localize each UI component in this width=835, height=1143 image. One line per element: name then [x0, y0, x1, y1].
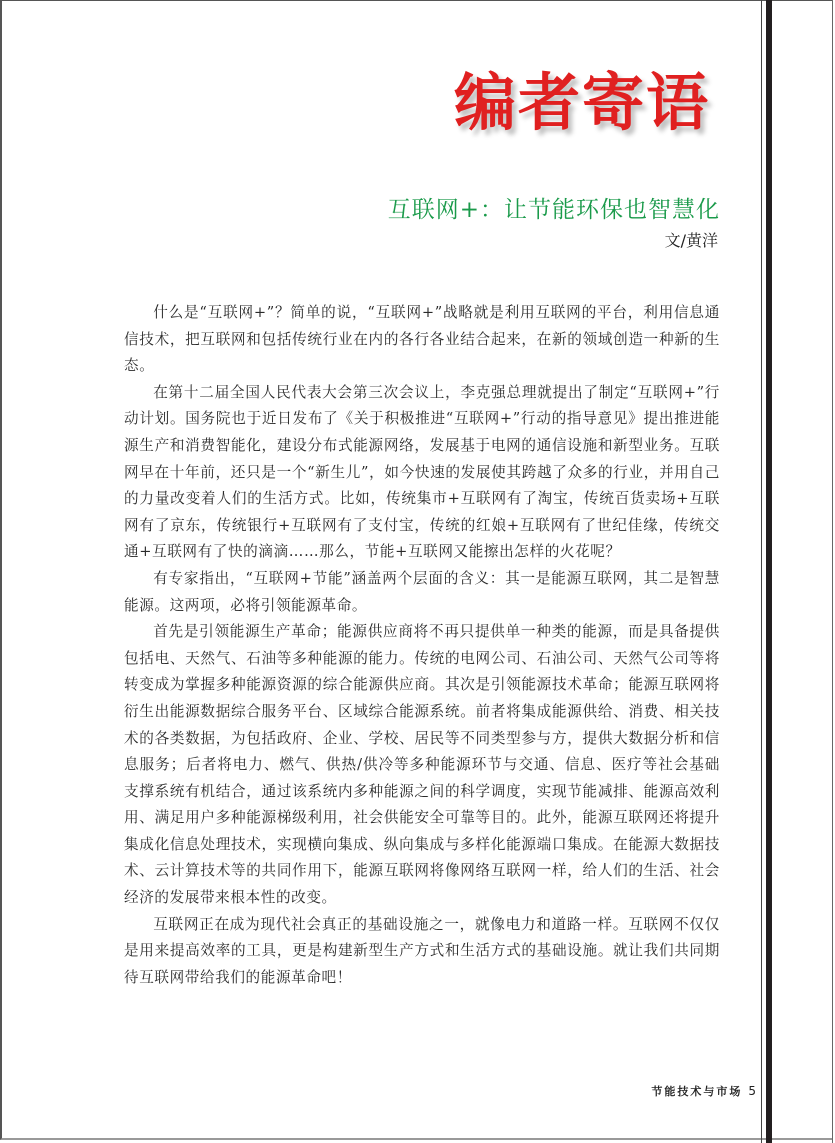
article-title: 互联网+：让节能环保也智慧化 — [388, 199, 720, 222]
paragraph: 互联网正在成为现代社会真正的基础设施之一，就像电力和道路一样。互联网不仅仅是用来… — [124, 912, 720, 992]
paragraph: 有专家指出，“互联网+节能”涵盖两个层面的含义：其一是能源互联网，其二是智慧能源… — [124, 566, 720, 619]
journal-name: 节能技术与市场 — [651, 1085, 742, 1098]
paragraph: 在第十二届全国人民代表大会第三次会议上，李克强总理就提出了制定“互联网+”行动计… — [124, 380, 720, 566]
article-byline: 文/黄洋 — [665, 233, 718, 249]
column-title: 编者寄语 — [454, 72, 710, 134]
right-edge-rule — [832, 0, 833, 1143]
page-footer: 节能技术与市场5 — [651, 1085, 756, 1097]
spine-thin-rule — [761, 0, 762, 1143]
paragraph: 什么是“互联网+”？简单的说，“互联网+”战略就是利用互联网的平台，利用信息通信… — [124, 300, 720, 380]
page-number: 5 — [748, 1084, 756, 1098]
paragraph: 首先是引领能源生产革命；能源供应商将不再只提供单一种类的能源，而是具备提供包括电… — [124, 619, 720, 912]
spine-thick-rule — [766, 0, 772, 1143]
article-body: 什么是“互联网+”？简单的说，“互联网+”战略就是利用互联网的平台，利用信息通信… — [124, 300, 720, 991]
